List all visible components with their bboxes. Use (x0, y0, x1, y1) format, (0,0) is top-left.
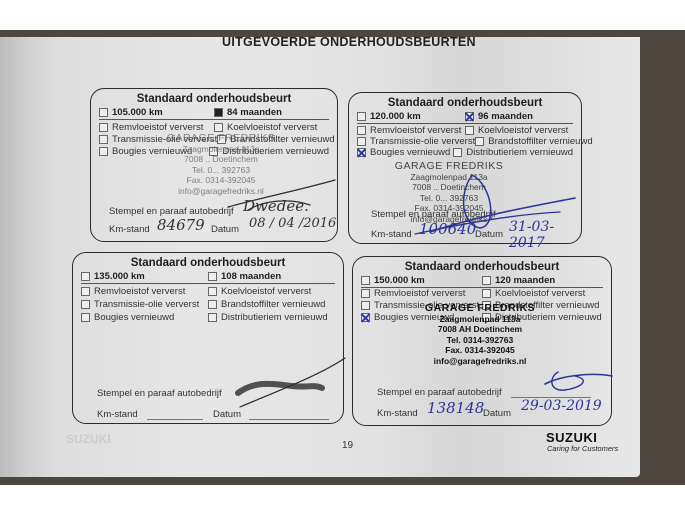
pen-stroke (228, 180, 335, 207)
brand-tagline: Caring for Customers (547, 444, 618, 453)
show-through-text: SUZUKI (66, 432, 111, 446)
page-number: 19 (342, 440, 353, 451)
brand-logo: SUZUKI (546, 430, 597, 445)
